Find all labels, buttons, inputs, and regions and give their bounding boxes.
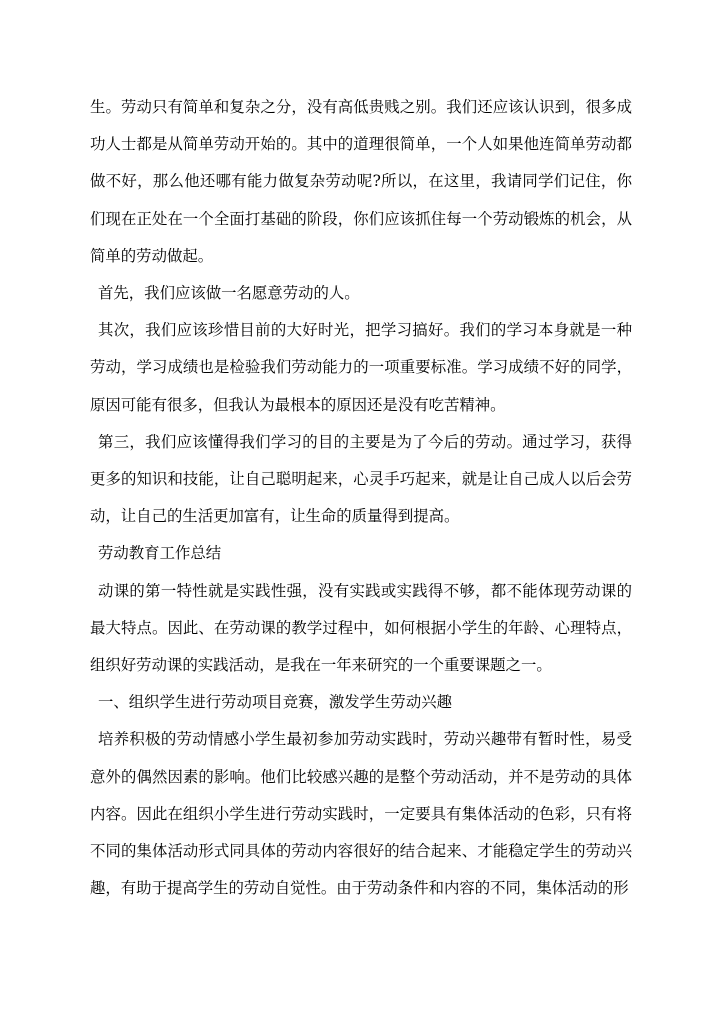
paragraph-body: 培养积极的劳动情感小学生最初参加劳动实践时，劳动兴趣带有暂时性，易受意外的偶然因… [90, 721, 632, 907]
paragraph-continuation: 生。劳动只有简单和复杂之分，没有高低贵贱之别。我们还应该认识到，很多成功人士都是… [90, 89, 632, 275]
document-page: 生。劳动只有简单和复杂之分，没有高低贵贱之别。我们还应该认识到，很多成功人士都是… [90, 89, 632, 907]
paragraph-first-point: 首先，我们应该做一名愿意劳动的人。 [90, 275, 632, 312]
section-heading: 劳动教育工作总结 [90, 535, 632, 572]
paragraph-second-point: 其次，我们应该珍惜目前的大好时光，把学习搞好。我们的学习本身就是一种劳动，学习成… [90, 312, 632, 424]
paragraph-intro: 动课的第一特性就是实践性强，没有实践或实践得不够，都不能体现劳动课的最大特点。因… [90, 573, 632, 685]
paragraph-third-point: 第三，我们应该懂得我们学习的目的主要是为了今后的劳动。通过学习，获得更多的知识和… [90, 424, 632, 536]
subsection-heading: 一、组织学生进行劳动项目竞赛，激发学生劳动兴趣 [90, 684, 632, 721]
